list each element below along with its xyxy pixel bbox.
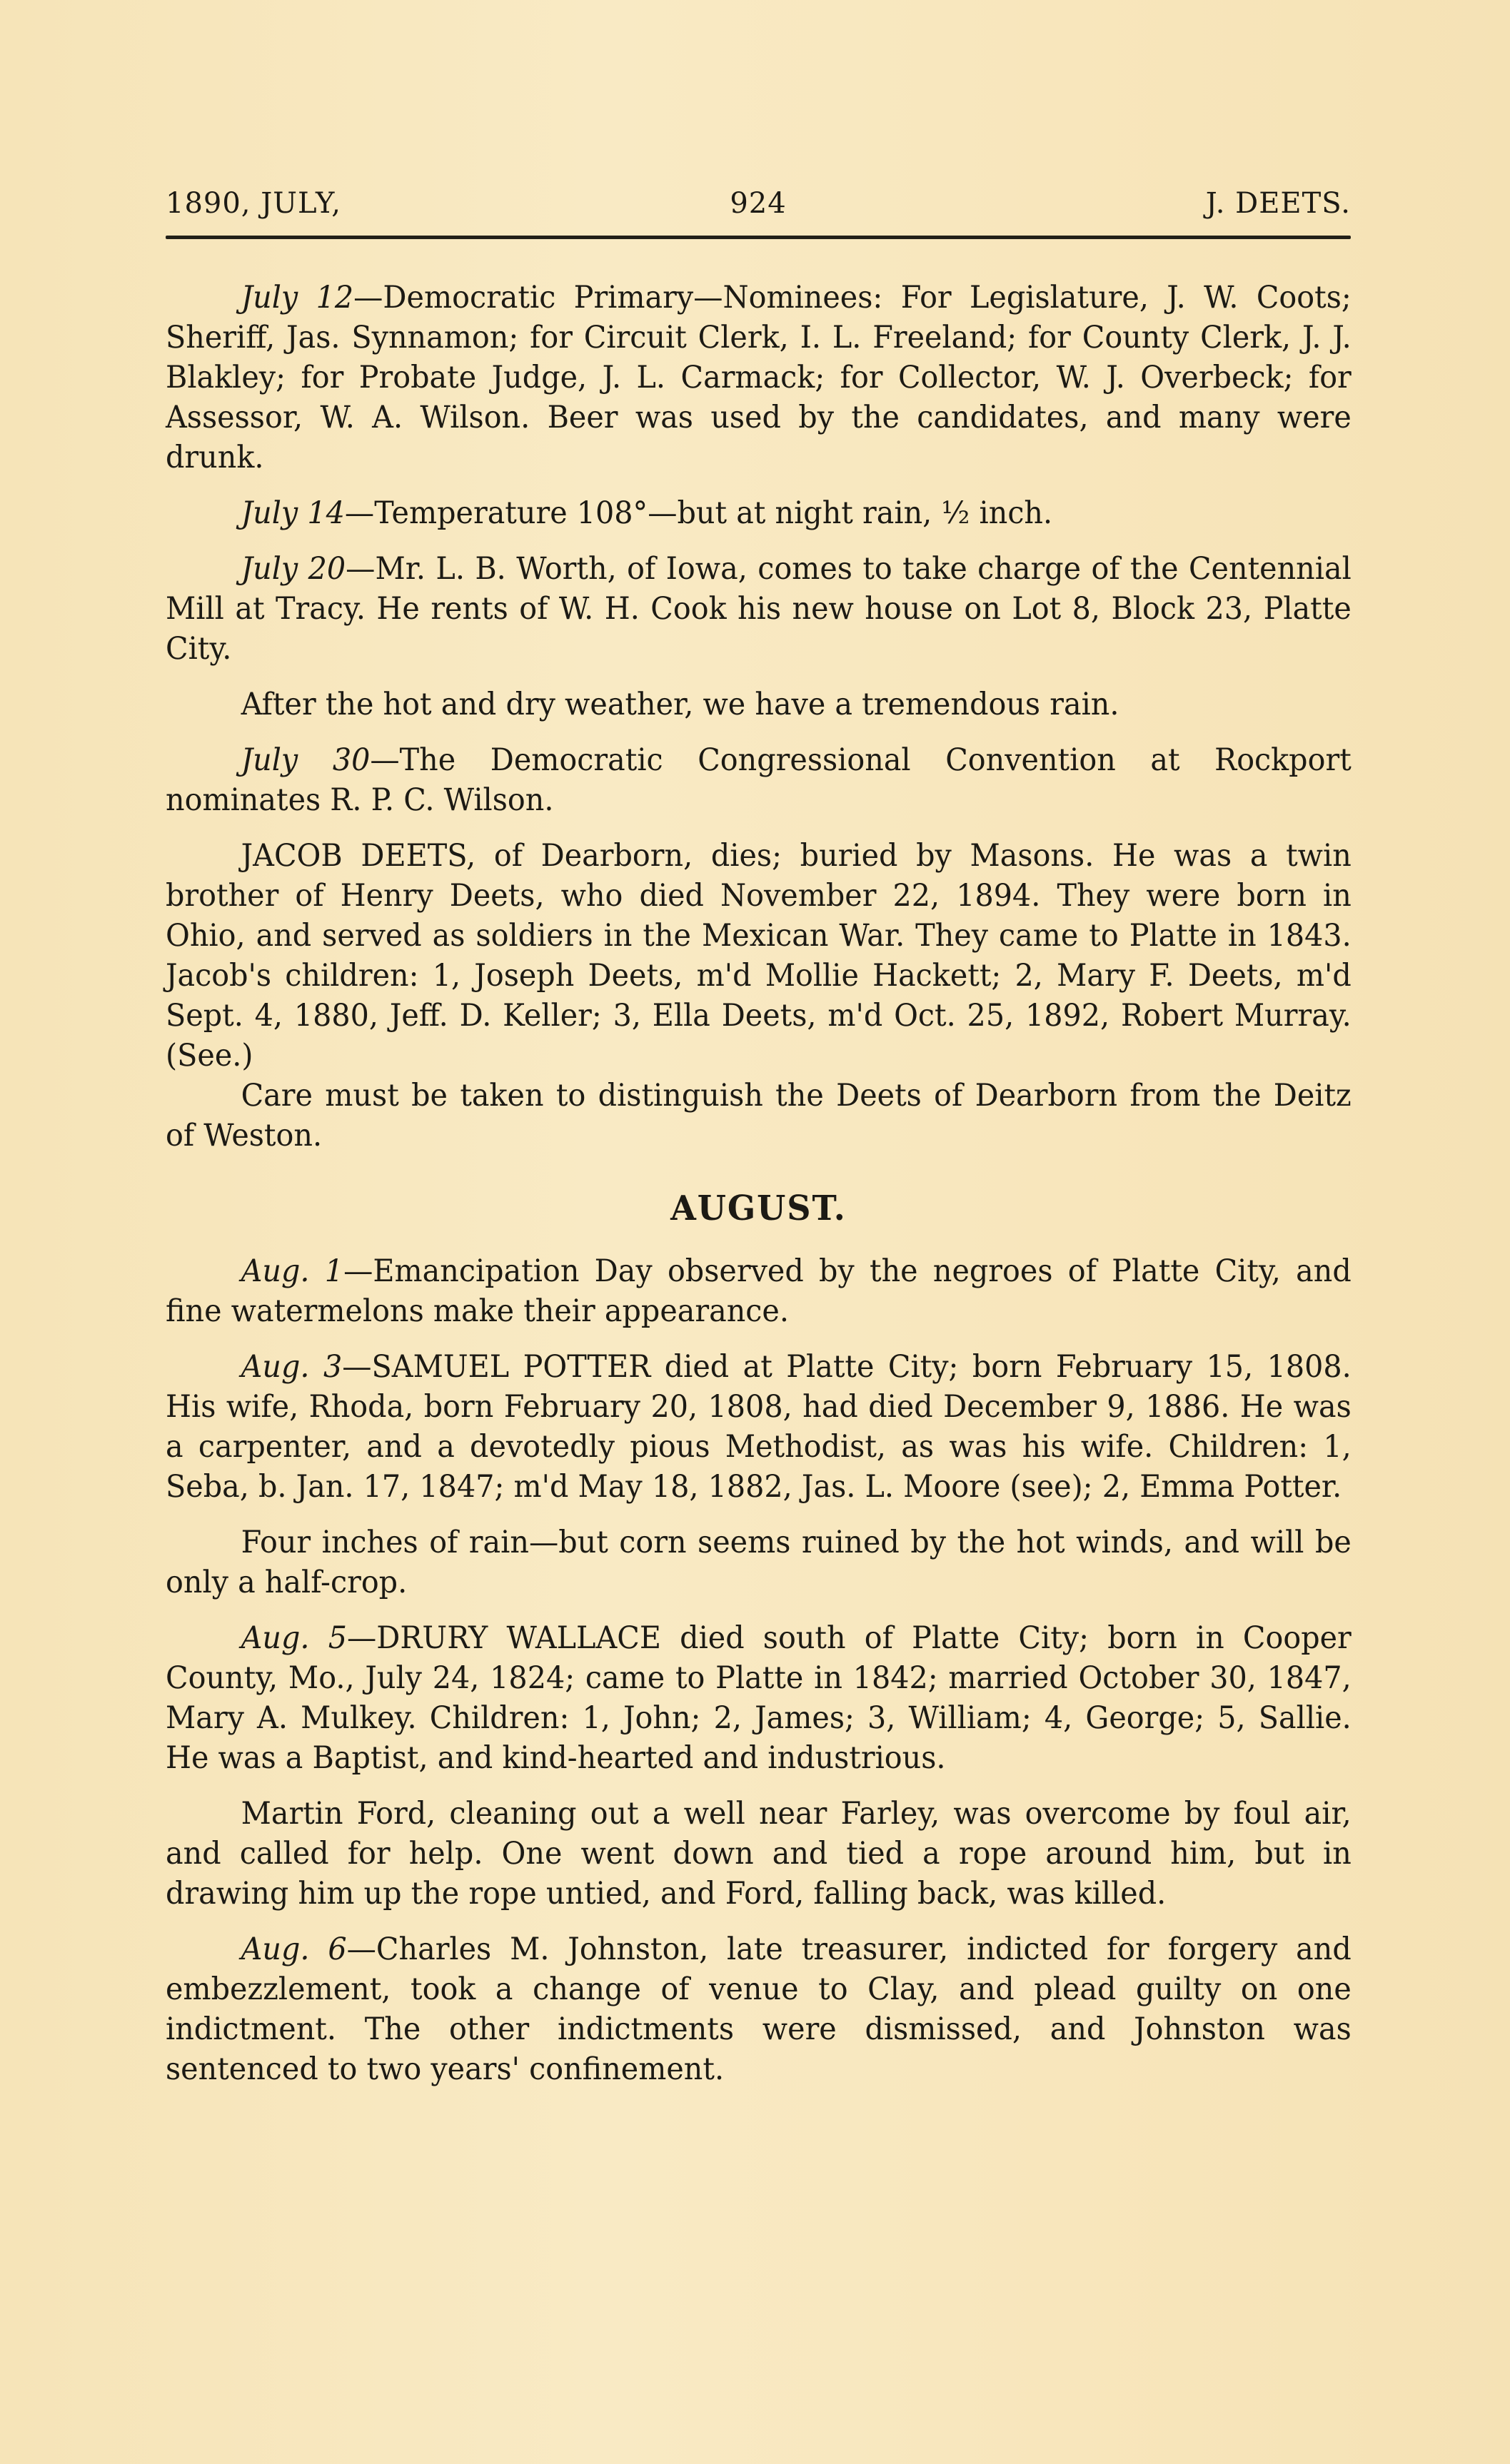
entry-aug-5: Aug. 5—DRURY WALLACE died south of Platt… (166, 1618, 1352, 1778)
entry-date: Aug. 6 (241, 1932, 347, 1967)
entry-text: JACOB DEETS, of Dearborn, dies; buried b… (166, 838, 1352, 1074)
entry-date: July 30 (241, 742, 371, 778)
entry-date: July 12 (241, 280, 354, 315)
entry-aug-3: Aug. 3—SAMUEL POTTER died at Platte City… (166, 1347, 1352, 1507)
entry-text: Martin Ford, cleaning out a well near Fa… (166, 1796, 1352, 1912)
entry-text: Care must be taken to distinguish the De… (166, 1078, 1352, 1153)
entry-corn: Four inches of rain—but corn seems ruine… (166, 1523, 1352, 1602)
entry-text: —Emancipation Day observed by the negroe… (166, 1253, 1352, 1329)
running-head: 1890, JULY, 924 J. DEETS. (166, 187, 1351, 223)
entry-date: Aug. 1 (241, 1253, 343, 1289)
entry-jacob-deets: JACOB DEETS, of Dearborn, dies; buried b… (166, 836, 1352, 1076)
section-heading-august: AUGUST. (166, 1188, 1352, 1228)
entry-july-12: July 12—Democratic Primary—Nominees: For… (166, 278, 1352, 478)
entry-july-14: July 14—Temperature 108°—but at night ra… (166, 493, 1352, 533)
entry-rain: After the hot and dry weather, we have a… (166, 685, 1352, 724)
entry-date: July 20 (241, 551, 346, 587)
book-page: 1890, JULY, 924 J. DEETS. July 12—Democr… (166, 187, 1351, 2105)
body-text: July 12—Democratic Primary—Nominees: For… (166, 278, 1352, 2089)
entry-july-20: July 20—Mr. L. B. Worth, of Iowa, comes … (166, 549, 1352, 669)
entry-july-30: July 30—The Democratic Congressional Con… (166, 740, 1352, 820)
header-rule (166, 236, 1351, 239)
entry-text: After the hot and dry weather, we have a… (241, 687, 1119, 722)
entry-deets-note: Care must be taken to distinguish the De… (166, 1076, 1352, 1156)
entry-text: —Temperature 108°—but at night rain, ½ i… (345, 495, 1052, 531)
entry-text: —SAMUEL POTTER died at Platte City; born… (166, 1349, 1352, 1505)
entry-date: July 14 (241, 495, 345, 531)
page-number: 924 (166, 187, 1351, 220)
entry-date: Aug. 5 (241, 1620, 347, 1656)
entry-martin-ford: Martin Ford, cleaning out a well near Fa… (166, 1794, 1352, 1914)
entry-date: Aug. 3 (241, 1349, 343, 1385)
entry-aug-6: Aug. 6—Charles M. Johnston, late treasur… (166, 1929, 1352, 2089)
entry-aug-1: Aug. 1—Emancipation Day observed by the … (166, 1251, 1352, 1331)
entry-text: Four inches of rain—but corn seems ruine… (166, 1525, 1352, 1600)
